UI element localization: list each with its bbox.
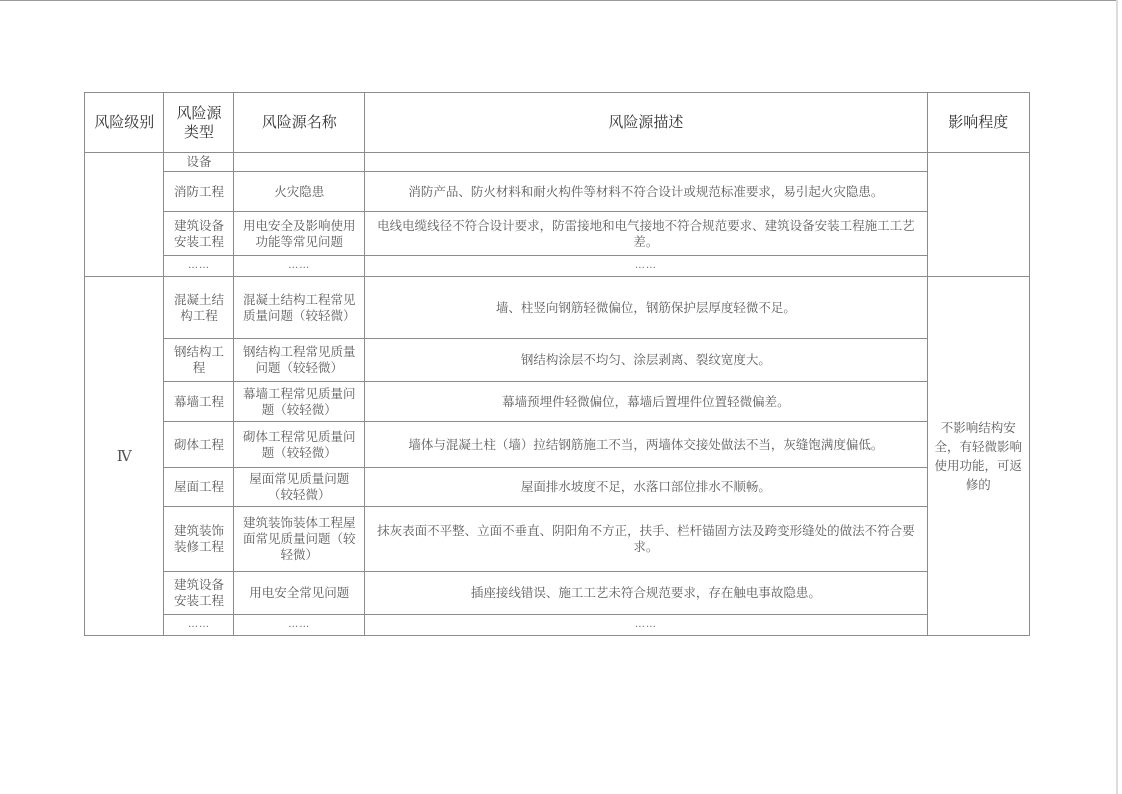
table-row: Ⅳ 混凝土结构工程 混凝土结构工程常见质量问题（较轻微） 墙、柱竖向钢筋轻微偏位… (85, 277, 1030, 339)
risk-description-cell: 电线电缆线径不符合设计要求，防雷接地和电气接地不符合规范要求、建筑设备安装工程施… (365, 212, 927, 256)
table-row: 设备 (85, 153, 1030, 172)
risk-type-cell: 砌体工程 (164, 422, 234, 468)
risk-description-cell: 墙体与混凝土柱（墙）拉结钢筋施工不当，两墙体交接处做法不当，灰缝饱满度偏低。 (365, 422, 927, 468)
risk-type-cell: 屋面工程 (164, 468, 234, 507)
risk-type-cell: 钢结构工程 (164, 339, 234, 382)
risk-type-cell: 建筑装饰装修工程 (164, 507, 234, 572)
risk-name-cell: 建筑装饰装体工程屋面常见质量问题（较轻微） (234, 507, 365, 572)
header-risk-level: 风险级别 (85, 93, 164, 153)
header-risk-name: 风险源名称 (234, 93, 365, 153)
risk-type-cell: 设备 (164, 153, 234, 172)
risk-description-cell: 钢结构涂层不均匀、涂层剥离、裂纹宽度大。 (365, 339, 927, 382)
risk-type-cell: …… (164, 256, 234, 277)
risk-name-cell: 用电安全常见问题 (234, 572, 365, 615)
table-row: 屋面工程 屋面常见质量问题（较轻微） 屋面排水坡度不足，水落口部位排水不顺畅。 (85, 468, 1030, 507)
header-risk-type-line1: 风险源 (168, 104, 229, 123)
risk-description-cell: …… (365, 615, 927, 636)
table-row: 砌体工程 砌体工程常见质量问题（较轻微） 墙体与混凝土柱（墙）拉结钢筋施工不当，… (85, 422, 1030, 468)
risk-description-cell: 墙、柱竖向钢筋轻微偏位，钢筋保护层厚度轻微不足。 (365, 277, 927, 339)
table-row: 钢结构工程 钢结构工程常见质量问题（较轻微） 钢结构涂层不均匀、涂层剥离、裂纹宽… (85, 339, 1030, 382)
risk-description-cell: 插座接线错误、施工工艺未符合规范要求，存在触电事故隐患。 (365, 572, 927, 615)
risk-type-cell: 幕墙工程 (164, 382, 234, 422)
impact-cell (927, 153, 1029, 277)
risk-description-cell: 屋面排水坡度不足，水落口部位排水不顺畅。 (365, 468, 927, 507)
risk-type-cell: 建筑设备安装工程 (164, 212, 234, 256)
risk-description-cell: 幕墙预埋件轻微偏位，幕墙后置埋件位置轻微偏差。 (365, 382, 927, 422)
table-row: 建筑设备安装工程 用电安全常见问题 插座接线错误、施工工艺未符合规范要求，存在触… (85, 572, 1030, 615)
risk-type-cell: 混凝土结构工程 (164, 277, 234, 339)
risk-description-cell: 消防产品、防火材料和耐火构件等材料不符合设计或规范标准要求，易引起火灾隐患。 (365, 172, 927, 212)
risk-name-cell: 屋面常见质量问题（较轻微） (234, 468, 365, 507)
risk-type-cell: 建筑设备安装工程 (164, 572, 234, 615)
risk-name-cell: 砌体工程常见质量问题（较轻微） (234, 422, 365, 468)
risk-name-cell (234, 153, 365, 172)
risk-level-cell: Ⅳ (85, 277, 164, 636)
header-risk-description: 风险源描述 (365, 93, 927, 153)
scan-edge-right (1116, 0, 1118, 794)
table-row: 建筑设备安装工程 用电安全及影响使用功能等常见问题 电线电缆线径不符合设计要求，… (85, 212, 1030, 256)
scan-edge-top (0, 0, 1118, 1)
table-row: 建筑装饰装修工程 建筑装饰装体工程屋面常见质量问题（较轻微） 抹灰表面不平整、立… (85, 507, 1030, 572)
table-header-row: 风险级别 风险源 类型 风险源名称 风险源描述 影响程度 (85, 93, 1030, 153)
risk-name-cell: 火灾隐患 (234, 172, 365, 212)
risk-name-cell: …… (234, 615, 365, 636)
header-impact: 影响程度 (927, 93, 1029, 153)
header-risk-type: 风险源 类型 (164, 93, 234, 153)
risk-name-cell: 混凝土结构工程常见质量问题（较轻微） (234, 277, 365, 339)
risk-description-cell: 抹灰表面不平整、立面不垂直、阴阳角不方正，扶手、栏杆锚固方法及跨变形缝处的做法不… (365, 507, 927, 572)
risk-level-cell (85, 153, 164, 277)
table-row-ellipsis: …… …… …… (85, 615, 1030, 636)
risk-description-cell (365, 153, 927, 172)
risk-name-cell: 用电安全及影响使用功能等常见问题 (234, 212, 365, 256)
header-risk-type-line2: 类型 (168, 123, 229, 142)
table-row-ellipsis: …… …… …… (85, 256, 1030, 277)
risk-name-cell: 钢结构工程常见质量问题（较轻微） (234, 339, 365, 382)
impact-cell: 不影响结构安全，有轻微影响使用功能，可返修的 (927, 277, 1029, 636)
risk-name-cell: 幕墙工程常见质量问题（较轻微） (234, 382, 365, 422)
table-row: 幕墙工程 幕墙工程常见质量问题（较轻微） 幕墙预埋件轻微偏位，幕墙后置埋件位置轻… (85, 382, 1030, 422)
table-row: 消防工程 火灾隐患 消防产品、防火材料和耐火构件等材料不符合设计或规范标准要求，… (85, 172, 1030, 212)
risk-source-table: 风险级别 风险源 类型 风险源名称 风险源描述 影响程度 设备 消防工程 火灾隐… (84, 92, 1030, 636)
risk-name-cell: …… (234, 256, 365, 277)
risk-type-cell: …… (164, 615, 234, 636)
risk-type-cell: 消防工程 (164, 172, 234, 212)
risk-description-cell: …… (365, 256, 927, 277)
